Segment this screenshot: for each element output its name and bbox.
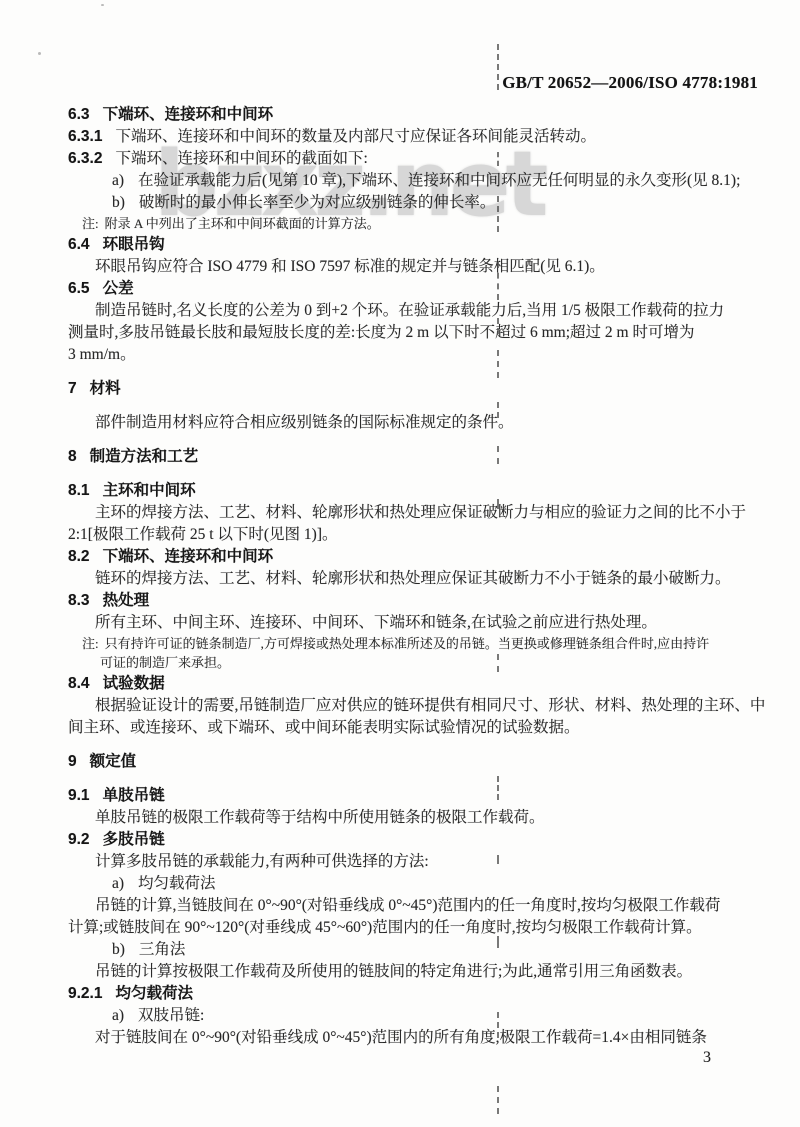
text-line: 单肢吊链的极限工作载荷等于结构中所使用链条的极限工作载荷。 <box>68 807 744 829</box>
standard-number-header: GB/T 20652—2006/ISO 4778:1981 <box>502 73 758 93</box>
line-text: 双肢吊链: <box>138 1007 204 1024</box>
line-text: 附录 A 中列出了主环和中间环截面的计算方法。 <box>105 216 380 231</box>
scan-fold-line <box>497 1086 499 1114</box>
line-text: 可证的制造厂来承担。 <box>100 655 230 670</box>
line-: 注:只有持许可证的链条制造厂,方可焊接或热处理本标准所述及的吊链。当更换或修理链… <box>68 634 744 654</box>
line-6.3.2: 6.3.2下端环、连接环和中间环的截面如下: <box>68 148 744 170</box>
text-line: 环眼吊钩应符合 ISO 4779 和 ISO 7597 标准的规定并与链条相匹配… <box>68 256 744 278</box>
text-line: 计算多肢吊链的承载能力,有两种可供选择的方法: <box>68 851 744 873</box>
line-text: 只有持许可证的链条制造厂,方可焊接或热处理本标准所述及的吊链。当更换或修理链条组… <box>105 636 710 651</box>
line-text: 环眼吊钩应符合 ISO 4779 和 ISO 7597 标准的规定并与链条相匹配… <box>95 258 605 275</box>
line-text: 2:1[极限工作载荷 25 t 以下时(见图 1)]。 <box>68 526 338 543</box>
line-text: 制造方法和工艺 <box>90 448 199 465</box>
text-line: 3 mm/m。 <box>68 344 744 366</box>
line-8: 8制造方法和工艺 <box>68 446 744 468</box>
text-line: 所有主环、中间主环、连接环、中间环、下端环和链条,在试验之前应进行热处理。 <box>68 612 744 634</box>
scan-fold-line <box>497 855 499 864</box>
scan-fold-line <box>497 776 499 800</box>
line-number: 7 <box>68 380 77 397</box>
scan-fold-line <box>497 446 499 464</box>
line-number: b) <box>112 941 125 958</box>
line-text: 环眼吊钩 <box>103 236 165 253</box>
line-text: 公差 <box>103 280 134 297</box>
scan-fold-line <box>497 499 499 509</box>
text-line: 间主环、或连接环、或下端环、或中间环能表明实际试验情况的试验数据。 <box>68 717 744 739</box>
line-text: 部件制造用材料应符合相应级别链条的国际标准规定的条件。 <box>95 414 514 431</box>
line-text: 间主环、或连接环、或下端环、或中间环能表明实际试验情况的试验数据。 <box>68 719 580 736</box>
scan-fold-line <box>497 402 499 418</box>
line-number: 8.1 <box>68 482 90 499</box>
scan-fold-line <box>497 654 499 672</box>
line-number: 6.3.2 <box>68 150 102 167</box>
line-number: 注: <box>82 216 99 231</box>
text-line: 对于链肢间在 0°~90°(对铅垂线成 0°~45°)范围内的所有角度,极限工作… <box>68 1027 744 1049</box>
line-b: b)三角法 <box>68 939 744 961</box>
scan-fold-line <box>497 318 499 334</box>
scan-fold-line <box>497 262 499 300</box>
line-a: a)双肢吊链: <box>68 1005 744 1027</box>
text-line: 可证的制造厂来承担。 <box>68 653 744 673</box>
line-text: 吊链的计算,当链肢间在 0°~90°(对铅垂线成 0°~45°)范围内的任一角度… <box>95 897 720 914</box>
line-9.1: 9.1单肢吊链 <box>68 785 744 807</box>
line-8.1: 8.1主环和中间环 <box>68 480 744 502</box>
line-text: 热处理 <box>103 592 150 609</box>
line-text: 在验证承载能力后(见第 10 章),下端环、连接环和中间环应无任何明显的永久变形… <box>138 172 740 189</box>
text-line: 吊链的计算按极限工作载荷及所使用的链肢间的特定角进行;为此,通常引用三角函数表。 <box>68 961 744 983</box>
line-number: b) <box>112 194 125 211</box>
line-number: 6.5 <box>68 280 90 297</box>
line-number: 6.3 <box>68 106 90 123</box>
text-line: 主环的焊接方法、工艺、材料、轮廓形状和热处理应保证破断力与相应的验证力之间的比不… <box>68 502 744 524</box>
scan-fold-line <box>497 936 499 948</box>
line-number: 6.3.1 <box>68 128 102 145</box>
document-body: 6.3下端环、连接环和中间环6.3.1下端环、连接环和中间环的数量及内部尺寸应保… <box>68 104 744 1049</box>
line-text: 制造吊链时,名义长度的公差为 0 到+2 个环。在验证承载能力后,当用 1/5 … <box>95 302 724 319</box>
line-text: 单肢吊链的极限工作载荷等于结构中所使用链条的极限工作载荷。 <box>95 809 545 826</box>
text-line: 根据验证设计的需要,吊链制造厂应对供应的链环提供有相同尺寸、形状、材料、热处理的… <box>68 695 744 717</box>
line-text: 下端环、连接环和中间环的截面如下: <box>115 150 367 167</box>
line-number: 9.1 <box>68 787 90 804</box>
line-number: 9 <box>68 753 77 770</box>
line-text: 计算;或链肢间在 90°~120°(对垂线成 45°~60°)范围内的任一角度时… <box>68 919 702 936</box>
line-: 注:附录 A 中列出了主环和中间环截面的计算方法。 <box>68 214 744 234</box>
line-6.5: 6.5公差 <box>68 278 744 300</box>
line-number: a) <box>112 1007 124 1024</box>
line-number: 注: <box>82 636 99 651</box>
line-text: 吊链的计算按极限工作载荷及所使用的链肢间的特定角进行;为此,通常引用三角函数表。 <box>95 963 692 980</box>
line-text: 主环的焊接方法、工艺、材料、轮廓形状和热处理应保证破断力与相应的验证力之间的比不… <box>95 504 746 521</box>
line-text: 三角法 <box>139 941 186 958</box>
line-6.3: 6.3下端环、连接环和中间环 <box>68 104 744 126</box>
line-text: 计算多肢吊链的承载能力,有两种可供选择的方法: <box>95 853 429 870</box>
line-text: 均匀载荷法 <box>138 875 216 892</box>
scan-fold-line <box>497 1012 499 1038</box>
text-line: 部件制造用材料应符合相应级别链条的国际标准规定的条件。 <box>68 412 744 434</box>
scan-speck <box>101 4 104 6</box>
line-text: 试验数据 <box>103 675 165 692</box>
line-9.2: 9.2多肢吊链 <box>68 829 744 851</box>
line-a: a)均匀载荷法 <box>68 873 744 895</box>
scan-fold-line <box>497 196 499 232</box>
line-b: b)破断时的最小伸长率至少为对应级别链条的伸长率。 <box>68 192 744 214</box>
line-9.2.1: 9.2.1均匀载荷法 <box>68 983 744 1005</box>
line-number: 9.2.1 <box>68 985 102 1002</box>
line-text: 下端环、连接环和中间环 <box>103 106 274 123</box>
text-line: 计算;或链肢间在 90°~120°(对垂线成 45°~60°)范围内的任一角度时… <box>68 917 744 939</box>
line-text: 对于链肢间在 0°~90°(对铅垂线成 0°~45°)范围内的所有角度,极限工作… <box>95 1029 707 1046</box>
line-text: 主环和中间环 <box>103 482 196 499</box>
line-7: 7材料 <box>68 378 744 400</box>
line-8.2: 8.2下端环、连接环和中间环 <box>68 546 744 568</box>
scan-fold-line <box>497 152 499 166</box>
text-line: 吊链的计算,当链肢间在 0°~90°(对铅垂线成 0°~45°)范围内的任一角度… <box>68 895 744 917</box>
line-text: 下端环、连接环和中间环 <box>103 548 274 565</box>
text-line: 链环的焊接方法、工艺、材料、轮廓形状和热处理应保证其破断力不小于链条的最小破断力… <box>68 568 744 590</box>
line-text: 材料 <box>90 380 121 397</box>
line-text: 单肢吊链 <box>103 787 165 804</box>
line-8.3: 8.3热处理 <box>68 590 744 612</box>
line-text: 均匀载荷法 <box>115 985 193 1002</box>
line-text: 破断时的最小伸长率至少为对应级别链条的伸长率。 <box>139 194 496 211</box>
line-text: 根据验证设计的需要,吊链制造厂应对供应的链环提供有相同尺寸、形状、材料、热处理的… <box>95 697 765 714</box>
line-text: 所有主环、中间主环、连接环、中间环、下端环和链条,在试验之前应进行热处理。 <box>95 614 657 631</box>
line-text: 额定值 <box>90 753 137 770</box>
scan-fold-line <box>497 44 499 90</box>
line-number: 9.2 <box>68 831 90 848</box>
text-line: 2:1[极限工作载荷 25 t 以下时(见图 1)]。 <box>68 524 744 546</box>
scanned-document-page: bzxz.net GB/T 20652—2006/ISO 4778:1981 6… <box>0 0 800 1127</box>
line-a: a)在验证承载能力后(见第 10 章),下端环、连接环和中间环应无任何明显的永久… <box>68 170 744 192</box>
scan-fold-line <box>497 350 499 378</box>
page-number: 3 <box>703 1049 711 1067</box>
line-number: 8 <box>68 448 77 465</box>
line-6.4: 6.4环眼吊钩 <box>68 234 744 256</box>
line-number: 8.2 <box>68 548 90 565</box>
line-number: 8.3 <box>68 592 90 609</box>
line-9: 9额定值 <box>68 751 744 773</box>
line-text: 多肢吊链 <box>103 831 165 848</box>
line-number: 8.4 <box>68 675 90 692</box>
line-text: 3 mm/m。 <box>68 346 136 363</box>
line-8.4: 8.4试验数据 <box>68 673 744 695</box>
text-line: 制造吊链时,名义长度的公差为 0 到+2 个环。在验证承载能力后,当用 1/5 … <box>68 300 744 322</box>
line-number: a) <box>112 875 124 892</box>
line-text: 测量时,多肢吊链最长肢和最短肢长度的差:长度为 2 m 以下时不超过 6 mm;… <box>68 324 694 341</box>
line-text: 链环的焊接方法、工艺、材料、轮廓形状和热处理应保证其破断力不小于链条的最小破断力… <box>95 570 731 587</box>
line-6.3.1: 6.3.1下端环、连接环和中间环的数量及内部尺寸应保证各环间能灵活转动。 <box>68 126 744 148</box>
text-line: 测量时,多肢吊链最长肢和最短肢长度的差:长度为 2 m 以下时不超过 6 mm;… <box>68 322 744 344</box>
line-number: a) <box>112 172 124 189</box>
line-text: 下端环、连接环和中间环的数量及内部尺寸应保证各环间能灵活转动。 <box>115 128 596 145</box>
line-number: 6.4 <box>68 236 90 253</box>
scan-speck <box>38 52 41 55</box>
